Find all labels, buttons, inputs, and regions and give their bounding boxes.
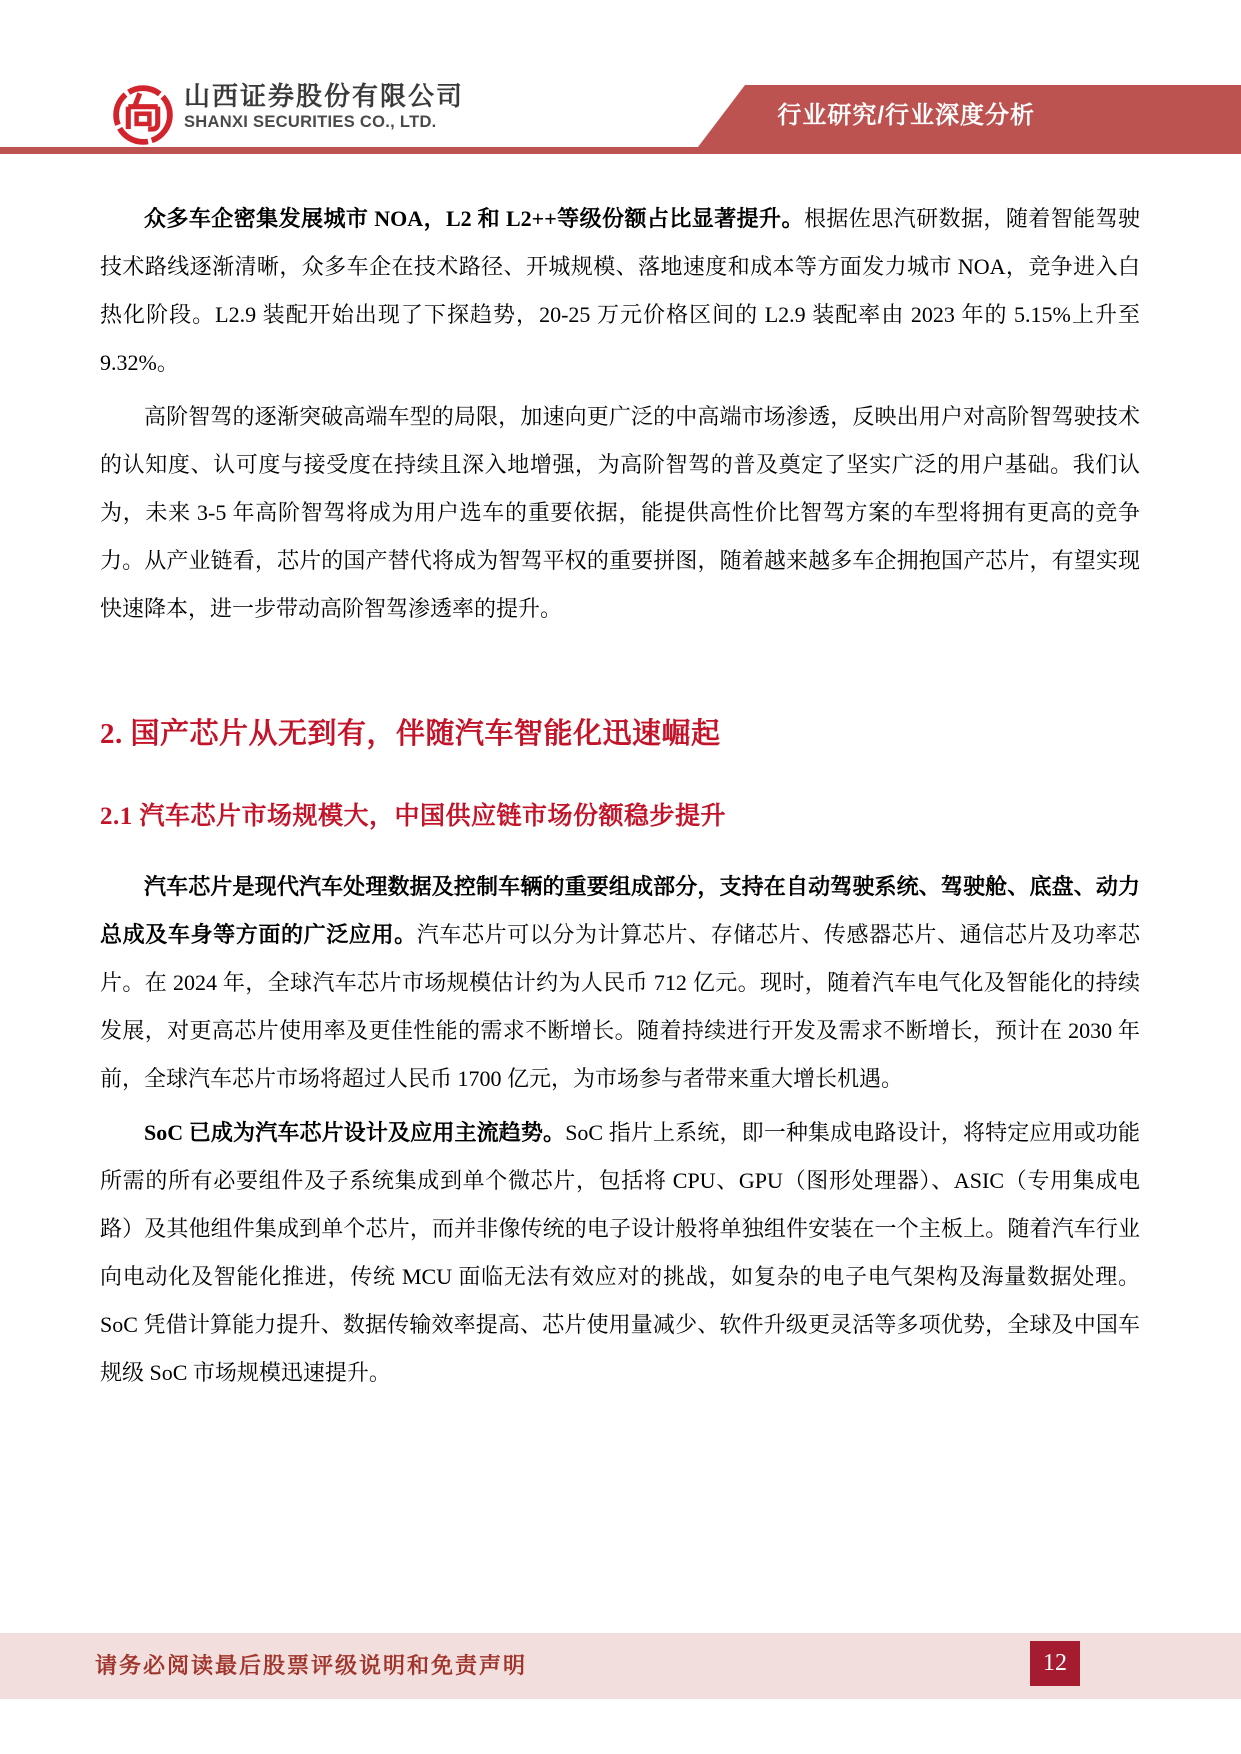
paragraph-auto-chip-market: 汽车芯片是现代汽车处理数据及控制车辆的重要组成部分，支持在自动驾驶系统、驾驶舱、… bbox=[100, 863, 1140, 1103]
paragraph-high-level-adas: 高阶智驾的逐渐突破高端车型的局限，加速向更广泛的中高端市场渗透，反映出用户对高阶… bbox=[100, 393, 1140, 633]
report-type-banner: 行业研究/行业深度分析 bbox=[698, 85, 1241, 147]
footer-disclaimer: 请务必阅读最后股票评级说明和免责声明 bbox=[95, 1633, 527, 1699]
section-heading-2: 2. 国产芯片从无到有，伴随汽车智能化迅速崛起 bbox=[100, 713, 1140, 755]
company-logo-icon bbox=[111, 83, 175, 147]
company-name-block: 山西证券股份有限公司 SHANXI SECURITIES CO., LTD. bbox=[184, 80, 464, 132]
report-page: 山西证券股份有限公司 SHANXI SECURITIES CO., LTD. 行… bbox=[0, 0, 1241, 1754]
report-type-label: 行业研究/行业深度分析 bbox=[777, 85, 1035, 147]
paragraph-noa-growth: 众多车企密集发展城市 NOA，L2 和 L2++等级份额占比显著提升。根据佐思汽… bbox=[100, 195, 1140, 387]
page-number-badge: 12 bbox=[1030, 1641, 1080, 1686]
content: 众多车企密集发展城市 NOA，L2 和 L2++等级份额占比显著提升。根据佐思汽… bbox=[100, 195, 1140, 1397]
company-name-cn: 山西证券股份有限公司 bbox=[184, 80, 464, 112]
company-name-en: SHANXI SECURITIES CO., LTD. bbox=[184, 112, 464, 132]
section-heading-2-1: 2.1 汽车芯片市场规模大，中国供应链市场份额稳步提升 bbox=[100, 798, 1140, 836]
report-footer: 请务必阅读最后股票评级说明和免责声明 12 bbox=[0, 1633, 1241, 1699]
page-number: 12 bbox=[1043, 1650, 1067, 1676]
paragraph-soc-trend: SoC 已成为汽车芯片设计及应用主流趋势。SoC 指片上系统，即一种集成电路设计… bbox=[100, 1109, 1140, 1397]
header-divider-line bbox=[0, 147, 1241, 154]
